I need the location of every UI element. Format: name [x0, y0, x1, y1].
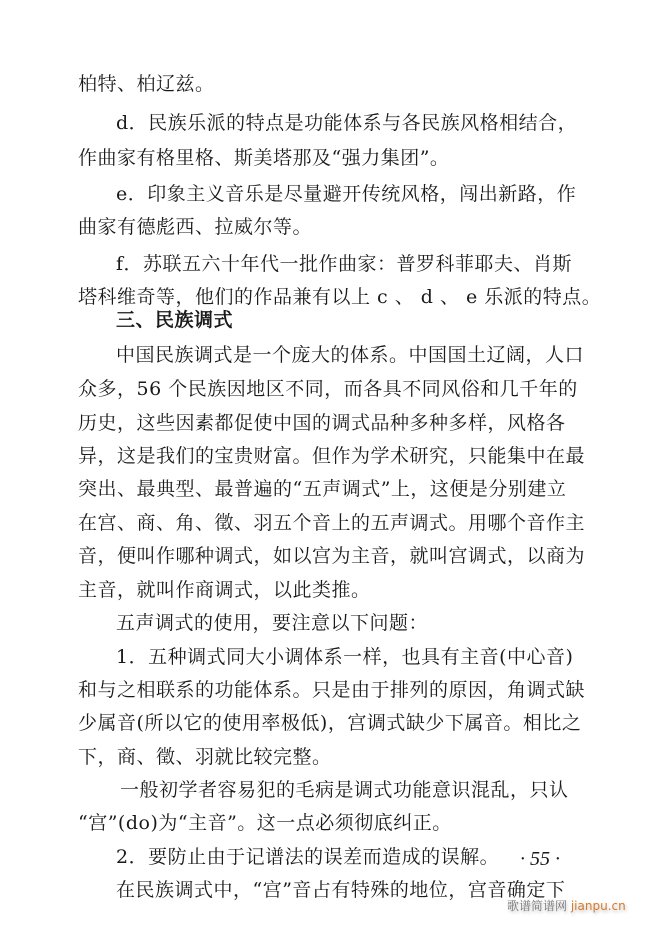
text-line: 音，便叫作哪种调式，如以宫为主音，就叫宫调式，以商为	[78, 543, 583, 569]
text-line: 突出、最典型、最普遍的“五声调式”上，这便是分别建立	[78, 476, 583, 502]
text-line: 下，商、徵、羽就比较完整。	[78, 744, 583, 770]
text-line: 中国民族调式是一个庞大的体系。中国国土辽阔，人口	[116, 342, 621, 368]
page-number: · 55 ·	[520, 848, 560, 871]
text-line: 柏特、柏辽兹。	[78, 71, 583, 97]
text-line: 一般初学者容易犯的毛病是调式功能意识混乱，只认	[120, 777, 625, 803]
text-line: e．印象主义音乐是尽量避开传统风格，闯出新路，作	[116, 181, 621, 207]
text-line: f．苏联五六十年代一批作曲家：普罗科菲耶夫、肖斯	[116, 251, 621, 277]
watermark-site-name: 歌谱简谱网	[507, 899, 567, 913]
text-line: 主音，就叫作商调式，以此类推。	[78, 577, 583, 603]
text-line: d．民族乐派的特点是功能体系与各民族风格相结合，	[116, 110, 621, 136]
text-line: 异，这是我们的宝贵财富。但作为学术研究，只能集中在最	[78, 443, 583, 469]
document-page: 柏特、柏辽兹。 d．民族乐派的特点是功能体系与各民族风格相结合， 作曲家有格里格…	[0, 0, 655, 928]
text-line: 众多，56 个民族因地区不同，而各具不同风俗和几千年的	[78, 376, 583, 402]
watermark: 歌谱简谱网 jianpu.cn	[507, 897, 626, 914]
text-line: 作曲家有格里格、斯美塔那及“强力集团”。	[78, 145, 583, 171]
text-line: 少属音(所以它的使用率极低)，宫调式缺少下属音。相比之	[78, 710, 583, 736]
text-line: 在宫、商、角、徵、羽五个音上的五声调式。用哪个音作主	[78, 510, 583, 536]
watermark-url: jianpu.cn	[571, 899, 626, 913]
text-line: “宫”(do)为“主音”。这一点必须彻底纠正。	[78, 810, 583, 836]
text-line: 五声调式的使用，要注意以下问题：	[116, 610, 621, 636]
text-line: 曲家有德彪西、拉威尔等。	[78, 214, 583, 240]
text-line: 历史，这些因素都促使中国的调式品种多种多样，风格各	[78, 410, 583, 436]
text-line: 1．五种调式同大小调体系一样，也具有主音(中心音)	[116, 644, 621, 670]
text-line: 和与之相联系的功能体系。只是由于排列的原因，角调式缺	[78, 677, 583, 703]
section-heading: 三、民族调式	[116, 307, 621, 333]
